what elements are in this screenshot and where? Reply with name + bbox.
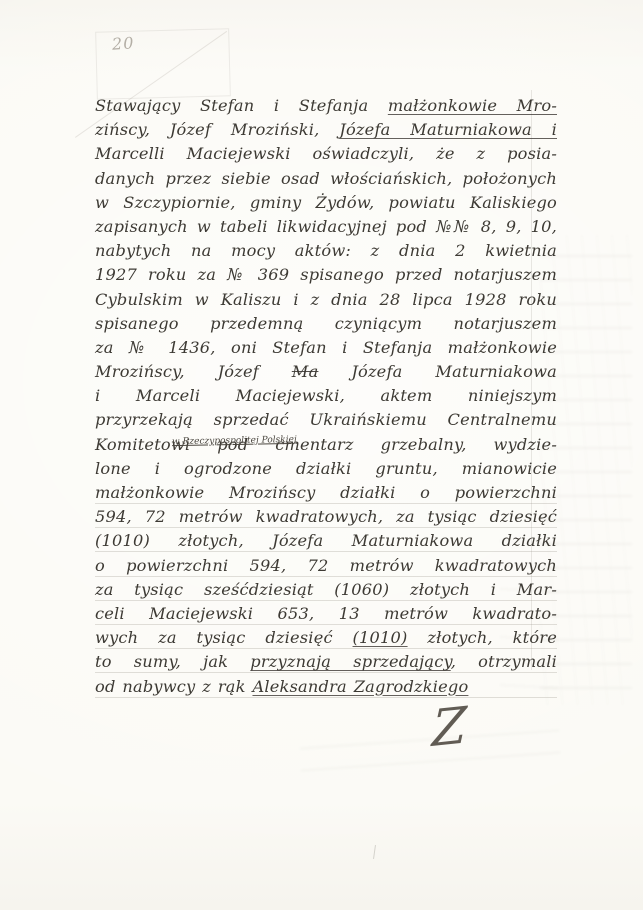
handwritten-line: o powierzchni 594, 72 metrów kwadratowyc… xyxy=(95,554,557,578)
text-segment: lone i ogrodzone działki gruntu, mianowi… xyxy=(95,459,557,478)
handwritten-line: celi Maciejewski 653, 13 metrów kwadrato… xyxy=(95,602,557,626)
handwritten-line: w Szczypiornie, gminy Żydów, powiatu Kal… xyxy=(95,191,557,215)
handwritten-line: to sumy, jak przyznają sprzedający, otrz… xyxy=(95,650,557,674)
handwritten-line: spisanego przedemną czyniącym notarjusze… xyxy=(95,312,557,336)
text-segment: i Marceli Maciejewski, aktem niniejszym xyxy=(95,386,557,405)
text-segment: od nabywcy z rąk xyxy=(95,677,252,696)
handwritten-line: zapisanych w tabeli likwidacyjnej pod №№… xyxy=(95,215,557,239)
text-segment: za tysiąc sześćdziesiąt (1060) złotych i… xyxy=(95,580,557,599)
handwritten-line: Komitetowi pod cmentarz grzebalny, wydzi… xyxy=(95,433,557,457)
handwritten-line: przyrzekają sprzedać Ukraińskiemu Centra… xyxy=(95,408,557,432)
text-segment: małżonkowie Mrozińscy działki o powierzc… xyxy=(95,483,557,502)
text-segment: małżonkowie Mro- xyxy=(388,96,557,115)
text-segment: celi Maciejewski 653, 13 metrów kwadrato… xyxy=(95,604,557,623)
text-segment: (1010) xyxy=(353,628,408,647)
text-segment: przyznają sprzedający xyxy=(250,652,450,671)
handwritten-line: danych przez siebie osad włościańskich, … xyxy=(95,167,557,191)
text-segment: spisanego przedemną czyniącym notarjusze… xyxy=(95,314,557,333)
text-segment: Ma xyxy=(292,362,319,381)
handwritten-line: i Marceli Maciejewski, aktem niniejszym xyxy=(95,384,557,408)
text-segment: Mrozińscy, Józef xyxy=(95,362,292,381)
handwritten-line: Stawający Stefan i Stefanja małżonkowie … xyxy=(95,94,557,118)
handwritten-line: za № 1436, oni Stefan i Stefanja małżonk… xyxy=(95,336,557,360)
text-segment: wych za tysiąc dziesięć xyxy=(95,628,353,647)
text-segment: (1010) złotych, Józefa Maturniakowa dzia… xyxy=(95,531,557,550)
handwritten-line: nabytych na mocy aktów: z dnia 2 kwietni… xyxy=(95,239,557,263)
handwritten-line: Mrozińscy, Józef Ma Józefa Maturniakowa xyxy=(95,360,557,384)
text-segment: o powierzchni 594, 72 metrów kwadratowyc… xyxy=(95,556,557,575)
text-segment: przyrzekają sprzedać Ukraińskiemu Centra… xyxy=(95,410,557,429)
text-segment: 1927 roku za № 369 spisanego przed notar… xyxy=(95,265,557,284)
text-segment: 594, 72 metrów kwadratowych, za tysiąc d… xyxy=(95,507,557,526)
text-segment: Stawający Stefan i Stefanja xyxy=(95,96,388,115)
text-segment: Komitetowi pod cmentarz grzebalny, wydzi… xyxy=(95,435,557,454)
paraph-flourish-mark: Z xyxy=(431,700,467,754)
handwritten-text-block: Stawający Stefan i Stefanja małżonkowie … xyxy=(95,94,557,699)
text-segment: Cybulskim w Kaliszu i z dnia 28 lipca 19… xyxy=(95,290,557,309)
handwritten-line: wych za tysiąc dziesięć (1010) złotych, … xyxy=(95,626,557,650)
text-segment: zińscy, Józef Mroziński, xyxy=(95,120,339,139)
text-segment: to sumy, jak xyxy=(95,652,250,671)
text-segment: złotych, które xyxy=(408,628,557,647)
handwritten-line: 594, 72 metrów kwadratowych, za tysiąc d… xyxy=(95,505,557,529)
handwritten-line: od nabywcy z rąk Aleksandra Zagrodzkiego xyxy=(95,675,557,699)
handwritten-line: lone i ogrodzone działki gruntu, mianowi… xyxy=(95,457,557,481)
handwritten-line: za tysiąc sześćdziesiąt (1060) złotych i… xyxy=(95,578,557,602)
text-segment: danych przez siebie osad włościańskich, … xyxy=(95,169,557,188)
handwritten-line: małżonkowie Mrozińscy działki o powierzc… xyxy=(95,481,557,505)
text-segment: w Szczypiornie, gminy Żydów, powiatu Kal… xyxy=(95,193,557,212)
text-segment: Józefa Maturniakowa xyxy=(318,362,557,381)
text-segment: Aleksandra Zagrodzkiego xyxy=(252,677,468,696)
text-segment: za № 1436, oni Stefan i Stefanja małżonk… xyxy=(95,338,557,357)
text-segment: zapisanych w tabeli likwidacyjnej pod №№… xyxy=(95,217,557,236)
handwritten-line: (1010) złotych, Józefa Maturniakowa dzia… xyxy=(95,529,557,553)
text-segment: , otrzymali xyxy=(451,652,557,671)
text-segment: nabytych na mocy aktów: z dnia 2 kwietni… xyxy=(95,241,557,260)
handwritten-line: zińscy, Józef Mroziński, Józefa Maturnia… xyxy=(95,118,557,142)
handwritten-line: Marcelli Maciejewski oświadczyli, że z p… xyxy=(95,142,557,166)
page-number-pencil: 20 xyxy=(111,33,135,54)
text-segment: Józefa Maturniakowa i xyxy=(339,120,557,139)
handwritten-line: Cybulskim w Kaliszu i z dnia 28 lipca 19… xyxy=(95,288,557,312)
handwritten-line: 1927 roku za № 369 spisanego przed notar… xyxy=(95,263,557,287)
text-segment: Marcelli Maciejewski oświadczyli, że z p… xyxy=(95,144,557,163)
